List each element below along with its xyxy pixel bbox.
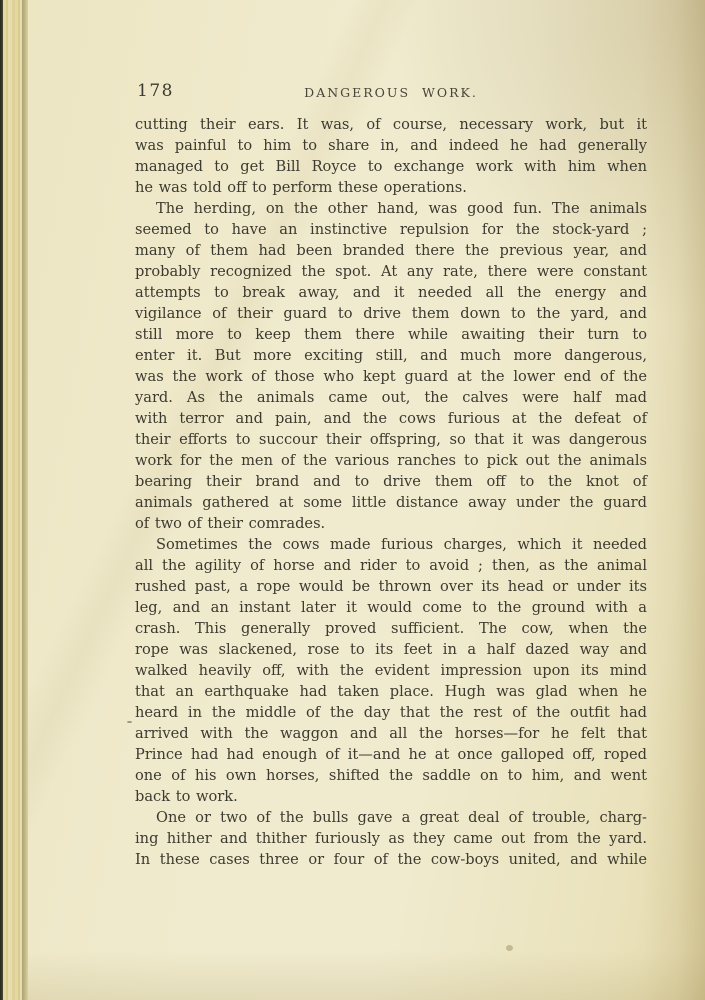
text-line: rushed past, a rope would be thrown over… xyxy=(135,576,647,597)
text-line: all the agility of horse and rider to av… xyxy=(135,555,647,576)
text-line: The herding, on the other hand, was good… xyxy=(135,198,647,219)
text-line: animals gathered at some little distance… xyxy=(135,492,647,513)
text-line: many of them had been branded there the … xyxy=(135,240,647,261)
text-line: with terror and pain, and the cows furio… xyxy=(135,408,647,429)
text-line: walked heavily off, with the evident imp… xyxy=(135,660,647,681)
text-line: enter it. But more exciting still, and m… xyxy=(135,345,647,366)
page-header: 178 DANGEROUS WORK. xyxy=(135,81,647,103)
text-line: Prince had had enough of it—and he at on… xyxy=(135,744,647,765)
text-line: their efforts to succour their offspring… xyxy=(135,429,647,450)
text-line: ing hither and thither furiously as they… xyxy=(135,828,647,849)
paragraph: The herding, on the other hand, was good… xyxy=(135,198,647,534)
text-line: probably recognized the spot. At any rat… xyxy=(135,261,647,282)
paragraph: Sometimes the cows made furious charges,… xyxy=(135,534,647,807)
running-head: DANGEROUS WORK. xyxy=(135,85,647,100)
text-line: seemed to have an instinctive repulsion … xyxy=(135,219,647,240)
text-line: was painful to him to share in, and inde… xyxy=(135,135,647,156)
text-line: he was told off to perform these operati… xyxy=(135,177,647,198)
text-line: still more to keep them there while awai… xyxy=(135,324,647,345)
text-line: vigilance of their guard to drive them d… xyxy=(135,303,647,324)
scan-speck xyxy=(506,945,513,951)
text-line: work for the men of the various ranches … xyxy=(135,450,647,471)
scan-speck xyxy=(127,721,132,723)
book-page-stack-edge xyxy=(3,0,22,1000)
text-line: bearing their brand and to drive them of… xyxy=(135,471,647,492)
text-line: crash. This generally proved sufficient.… xyxy=(135,618,647,639)
text-line: In these cases three or four of the cow-… xyxy=(135,849,647,870)
text-line: leg, and an instant later it would come … xyxy=(135,597,647,618)
text-line: that an earthquake had taken place. Hugh… xyxy=(135,681,647,702)
text-line: of two of their comrades. xyxy=(135,513,647,534)
text-line: heard in the middle of the day that the … xyxy=(135,702,647,723)
text-line: one of his own horses, shifted the saddl… xyxy=(135,765,647,786)
paragraph: cutting their ears. It was, of course, n… xyxy=(135,114,647,198)
text-line: back to work. xyxy=(135,786,647,807)
text-line: rope was slackened, rose to its feet in … xyxy=(135,639,647,660)
text-line: yard. As the animals came out, the calve… xyxy=(135,387,647,408)
page-gutter-line xyxy=(22,0,28,1000)
text-block: cutting their ears. It was, of course, n… xyxy=(135,114,647,870)
text-line: managed to get Bill Royce to exchange wo… xyxy=(135,156,647,177)
paragraph: One or two of the bulls gave a great dea… xyxy=(135,807,647,870)
scanned-book-page: 178 DANGEROUS WORK. cutting their ears. … xyxy=(0,0,705,1000)
text-line: cutting their ears. It was, of course, n… xyxy=(135,114,647,135)
text-line: One or two of the bulls gave a great dea… xyxy=(135,807,647,828)
text-line: arrived with the waggon and all the hors… xyxy=(135,723,647,744)
text-line: attempts to break away, and it needed al… xyxy=(135,282,647,303)
text-line: Sometimes the cows made furious charges,… xyxy=(135,534,647,555)
text-line: was the work of those who kept guard at … xyxy=(135,366,647,387)
